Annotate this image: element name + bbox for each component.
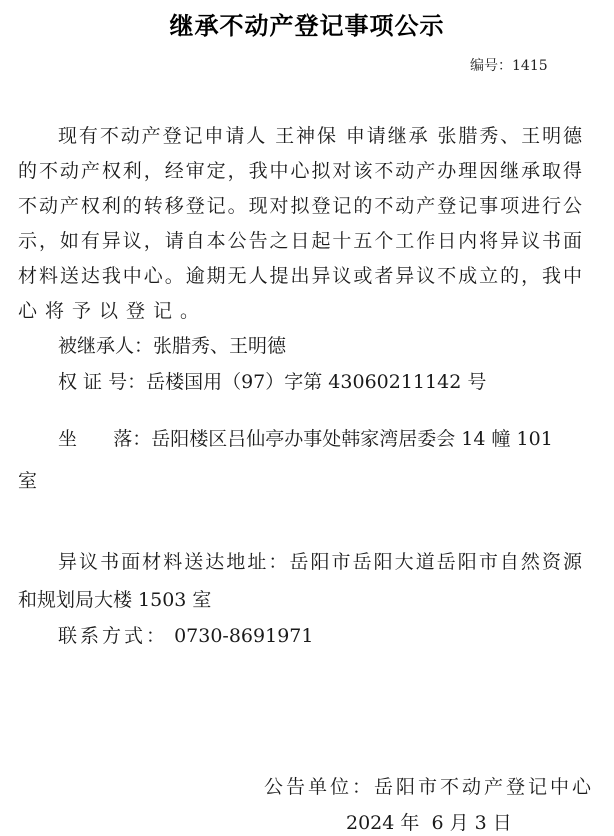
body-line-5: 材料送达我中心。逾期无人提出异议或者异议不成立的，我中 — [18, 262, 582, 290]
contact-label: 联系方式： — [58, 625, 168, 647]
location-label: 坐 落： — [58, 425, 151, 453]
decedent-label: 被继承人： — [58, 332, 153, 360]
body-line-3: 不动产权利的转移登记。现对拟登记的不动产登记事项进行公 — [18, 192, 582, 220]
document-title: 继承不动产登记事项公示 — [0, 6, 614, 41]
serial-label: 编号： — [470, 58, 512, 74]
issuer-label: 公告单位： — [264, 776, 374, 798]
contact-value: 0730-8691971 — [174, 625, 313, 647]
serial-number: 编号：1415 — [470, 55, 548, 75]
decedent-row: 被继承人：张腊秀、王明德 — [58, 332, 582, 360]
body-line-4: 示，如有异议，请自本公告之日起十五个工作日内将异议书面 — [18, 227, 582, 255]
certificate-row: 权 证 号：岳楼国用（97）字第 43060211142 号 — [58, 368, 582, 396]
objection-address-line1: 异议书面材料送达地址：岳阳市岳阳大道岳阳市自然资源 — [58, 548, 582, 576]
body-line-6: 心将予以登记。 — [18, 297, 582, 325]
certificate-label: 权 证 号： — [58, 368, 146, 396]
body-line-2: 的不动产权利，经审定，我中心拟对该不动产办理因继承取得 — [18, 157, 582, 185]
contact-row: 联系方式： 0730-8691971 — [58, 622, 582, 650]
location-value-line2: 室 — [18, 467, 582, 495]
location-value-line1: 岳阳楼区吕仙亭办事处韩家湾居委会 14 幢 101 — [151, 428, 553, 450]
location-row: 坐 落：岳阳楼区吕仙亭办事处韩家湾居委会 14 幢 101 — [58, 425, 582, 453]
notice-date: 2024 年 6 月 3 日 — [346, 808, 512, 835]
decedent-value: 张腊秀、王明德 — [153, 335, 286, 357]
serial-value: 1415 — [512, 58, 548, 74]
issuer-row: 公告单位：岳阳市不动产登记中心 — [264, 772, 594, 799]
issuer-value: 岳阳市不动产登记中心 — [374, 776, 594, 798]
objection-address-line2: 和规划局大楼 1503 室 — [18, 586, 582, 614]
body-line-1: 现有不动产登记申请人 王神保 申请继承 张腊秀、王明德 — [58, 122, 582, 150]
certificate-value: 岳楼国用（97）字第 43060211142 号 — [146, 371, 486, 393]
